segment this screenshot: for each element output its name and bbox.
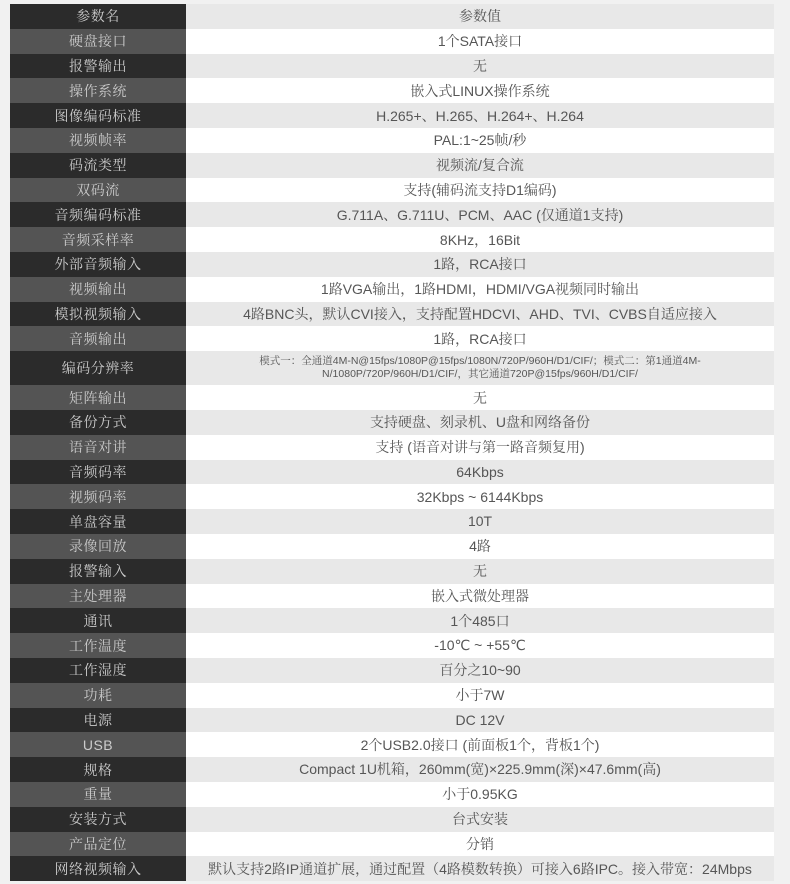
table-row: 通讯 1个485口 (10, 608, 774, 633)
table-body: 硬盘接口 1个SATA接口 报警输出 无 操作系统 嵌入式LINUX操作系统 图… (10, 29, 774, 881)
param-value-text: 支持 (语音对讲与第一路音频复用) (375, 439, 584, 455)
table-row: 网络视频输入 默认支持2路IP通道扩展，通过配置（4路模数转换）可接入6路IPC… (10, 856, 774, 881)
table-row: 双码流 支持(辅码流支持D1编码) (10, 178, 774, 203)
param-name-cell: 视频码率 (10, 484, 186, 509)
param-value-cell: H.265+、H.265、H.264+、H.264 (186, 103, 774, 128)
param-name-cell: 备份方式 (10, 410, 186, 435)
table-row: 音频输出 1路，RCA接口 (10, 326, 774, 351)
param-name-cell: 图像编码标准 (10, 103, 186, 128)
table-row: 备份方式 支持硬盘、刻录机、U盘和网络备份 (10, 410, 774, 435)
param-value-text: Compact 1U机箱，260mm(宽)×225.9mm(深)×47.6mm(… (299, 761, 661, 777)
table-row: 矩阵输出 无 (10, 385, 774, 410)
table-row: USB 2个USB2.0接口 (前面板1个，背板1个) (10, 732, 774, 757)
table-row: 编码分辨率 模式一：全通道4M-N@15fps/1080P@15fps/1080… (10, 351, 774, 385)
param-name-cell: 音频输出 (10, 326, 186, 351)
table-row: 码流类型 视频流/复合流 (10, 153, 774, 178)
param-value-text: 支持硬盘、刻录机、U盘和网络备份 (370, 414, 590, 430)
table-row: 音频采样率 8KHz，16Bit (10, 227, 774, 252)
param-value-text: 默认支持2路IP通道扩展，通过配置（4路模数转换）可接入6路IPC。接入带宽：2… (208, 861, 752, 877)
param-value-text: 32Kbps ~ 6144Kbps (417, 489, 544, 505)
param-value-cell: 1路VGA输出，1路HDMI，HDMI/VGA视频同时输出 (186, 277, 774, 302)
param-name-cell: 语音对讲 (10, 435, 186, 460)
table-row: 工作湿度 百分之10~90 (10, 658, 774, 683)
param-value-cell: 视频流/复合流 (186, 153, 774, 178)
param-value-cell: 无 (186, 559, 774, 584)
param-value-cell: 无 (186, 54, 774, 79)
param-name-cell: 网络视频输入 (10, 856, 186, 881)
param-value-text: 1个485口 (450, 613, 509, 629)
param-value-cell: 百分之10~90 (186, 658, 774, 683)
param-value-cell: 无 (186, 385, 774, 410)
table-row: 电源 DC 12V (10, 708, 774, 733)
param-value-header: 参数值 (186, 4, 774, 29)
param-value-cell: 8KHz，16Bit (186, 227, 774, 252)
param-value-cell: 4路BNC头，默认CVI接入，支持配置HDCVI、AHD、TVI、CVBS自适应… (186, 302, 774, 327)
param-name-cell: 主处理器 (10, 584, 186, 609)
param-value-text: 4路 (469, 538, 491, 554)
param-name-cell: 音频编码标准 (10, 202, 186, 227)
param-value-cell: 1路，RCA接口 (186, 326, 774, 351)
table-row: 视频码率 32Kbps ~ 6144Kbps (10, 484, 774, 509)
param-value-cell: 默认支持2路IP通道扩展，通过配置（4路模数转换）可接入6路IPC。接入带宽：2… (186, 856, 774, 881)
table-row: 规格 Compact 1U机箱，260mm(宽)×225.9mm(深)×47.6… (10, 757, 774, 782)
param-value-cell: 嵌入式微处理器 (186, 584, 774, 609)
param-value-cell: 嵌入式LINUX操作系统 (186, 78, 774, 103)
param-value-text: 1路VGA输出，1路HDMI，HDMI/VGA视频同时输出 (321, 281, 639, 297)
param-value-cell: -10℃ ~ +55℃ (186, 633, 774, 658)
param-value-cell: Compact 1U机箱，260mm(宽)×225.9mm(深)×47.6mm(… (186, 757, 774, 782)
table-row: 音频码率 64Kbps (10, 460, 774, 485)
param-value-cell: 分销 (186, 832, 774, 857)
param-name-cell: 矩阵输出 (10, 385, 186, 410)
table-row: 图像编码标准 H.265+、H.265、H.264+、H.264 (10, 103, 774, 128)
param-name-cell: 报警输入 (10, 559, 186, 584)
param-value-cell: 支持 (语音对讲与第一路音频复用) (186, 435, 774, 460)
table-row: 操作系统 嵌入式LINUX操作系统 (10, 78, 774, 103)
table-row: 外部音频输入 1路，RCA接口 (10, 252, 774, 277)
spec-table: 参数名 参数值 硬盘接口 1个SATA接口 报警输出 无 操作系统 嵌入式LIN… (10, 4, 774, 881)
param-value-cell: 支持(辅码流支持D1编码) (186, 178, 774, 203)
table-row: 音频编码标准 G.711A、G.711U、PCM、AAC (仅通道1支持) (10, 202, 774, 227)
param-value-cell: 台式安装 (186, 807, 774, 832)
param-name-cell: USB (10, 732, 186, 757)
param-value-text: 小于0.95KG (442, 786, 517, 802)
param-value-text: 无 (473, 563, 487, 579)
param-value-text: 台式安装 (452, 811, 508, 827)
param-name-cell: 通讯 (10, 608, 186, 633)
param-name-cell: 录像回放 (10, 534, 186, 559)
param-value-text: 64Kbps (456, 464, 503, 480)
table-row: 视频帧率 PAL:1~25帧/秒 (10, 128, 774, 153)
table-row: 功耗 小于7W (10, 683, 774, 708)
param-value-text: 模式一：全通道4M-N@15fps/1080P@15fps/1080N/720P… (194, 355, 766, 381)
param-value-text: 8KHz，16Bit (440, 232, 520, 248)
param-name-cell: 音频采样率 (10, 227, 186, 252)
param-value-text: 小于7W (456, 687, 505, 703)
param-value-text: H.265+、H.265、H.264+、H.264 (376, 108, 584, 124)
table-row: 录像回放 4路 (10, 534, 774, 559)
param-value-cell: 2个USB2.0接口 (前面板1个，背板1个) (186, 732, 774, 757)
param-value-cell: 32Kbps ~ 6144Kbps (186, 484, 774, 509)
param-value-text: 1路，RCA接口 (433, 331, 526, 347)
param-name-cell: 硬盘接口 (10, 29, 186, 54)
param-value-text: 嵌入式LINUX操作系统 (410, 83, 549, 99)
param-name-cell: 工作湿度 (10, 658, 186, 683)
param-value-cell: 10T (186, 509, 774, 534)
param-value-text: 1路，RCA接口 (433, 256, 526, 272)
table-row: 重量 小于0.95KG (10, 782, 774, 807)
param-value-text: 无 (473, 58, 487, 74)
table-row: 单盘容量 10T (10, 509, 774, 534)
param-name-cell: 功耗 (10, 683, 186, 708)
table-row: 安装方式 台式安装 (10, 807, 774, 832)
param-value-text: 分销 (466, 836, 494, 852)
param-name-cell: 电源 (10, 708, 186, 733)
param-value-cell: PAL:1~25帧/秒 (186, 128, 774, 153)
param-name-cell: 双码流 (10, 178, 186, 203)
table-row: 视频输出 1路VGA输出，1路HDMI，HDMI/VGA视频同时输出 (10, 277, 774, 302)
param-value-cell: 小于0.95KG (186, 782, 774, 807)
param-name-cell: 视频输出 (10, 277, 186, 302)
param-value-text: PAL:1~25帧/秒 (434, 132, 527, 148)
param-value-cell: 4路 (186, 534, 774, 559)
param-value-cell: 64Kbps (186, 460, 774, 485)
param-value-cell: 1个SATA接口 (186, 29, 774, 54)
param-name-cell: 码流类型 (10, 153, 186, 178)
table-row: 硬盘接口 1个SATA接口 (10, 29, 774, 54)
param-value-text: -10℃ ~ +55℃ (434, 637, 525, 653)
param-name-cell: 视频帧率 (10, 128, 186, 153)
param-value-text: G.711A、G.711U、PCM、AAC (仅通道1支持) (337, 207, 624, 223)
param-value-text: 视频流/复合流 (436, 157, 524, 173)
table-row: 工作温度 -10℃ ~ +55℃ (10, 633, 774, 658)
param-value-cell: DC 12V (186, 708, 774, 733)
table-row: 语音对讲 支持 (语音对讲与第一路音频复用) (10, 435, 774, 460)
table-row: 报警输入 无 (10, 559, 774, 584)
param-value-text: DC 12V (455, 712, 504, 728)
table-row: 主处理器 嵌入式微处理器 (10, 584, 774, 609)
param-value-text: 10T (468, 513, 492, 529)
table-header-row: 参数名 参数值 (10, 4, 774, 29)
param-value-text: 2个USB2.0接口 (前面板1个，背板1个) (361, 737, 600, 753)
param-value-cell: 支持硬盘、刻录机、U盘和网络备份 (186, 410, 774, 435)
param-value-text: 1个SATA接口 (438, 33, 522, 49)
param-name-header: 参数名 (10, 4, 186, 29)
param-value-text: 支持(辅码流支持D1编码) (403, 182, 556, 198)
param-value-cell: 小于7W (186, 683, 774, 708)
param-name-cell: 规格 (10, 757, 186, 782)
param-value-text: 4路BNC头，默认CVI接入，支持配置HDCVI、AHD、TVI、CVBS自适应… (243, 306, 717, 322)
param-name-cell: 单盘容量 (10, 509, 186, 534)
param-name-cell: 安装方式 (10, 807, 186, 832)
param-value-cell: G.711A、G.711U、PCM、AAC (仅通道1支持) (186, 202, 774, 227)
table-row: 模拟视频输入 4路BNC头，默认CVI接入，支持配置HDCVI、AHD、TVI、… (10, 302, 774, 327)
param-name-cell: 编码分辨率 (10, 351, 186, 385)
param-name-cell: 重量 (10, 782, 186, 807)
param-name-cell: 工作温度 (10, 633, 186, 658)
param-name-cell: 音频码率 (10, 460, 186, 485)
param-name-cell: 报警输出 (10, 54, 186, 79)
param-value-text: 嵌入式微处理器 (431, 588, 529, 604)
param-value-text: 无 (473, 390, 487, 406)
param-name-cell: 模拟视频输入 (10, 302, 186, 327)
param-value-cell: 模式一：全通道4M-N@15fps/1080P@15fps/1080N/720P… (186, 351, 774, 385)
param-name-cell: 外部音频输入 (10, 252, 186, 277)
param-name-cell: 操作系统 (10, 78, 186, 103)
param-value-cell: 1路，RCA接口 (186, 252, 774, 277)
table-row: 报警输出 无 (10, 54, 774, 79)
param-name-cell: 产品定位 (10, 832, 186, 857)
table-row: 产品定位 分销 (10, 832, 774, 857)
param-value-text: 百分之10~90 (439, 662, 520, 678)
param-value-cell: 1个485口 (186, 608, 774, 633)
